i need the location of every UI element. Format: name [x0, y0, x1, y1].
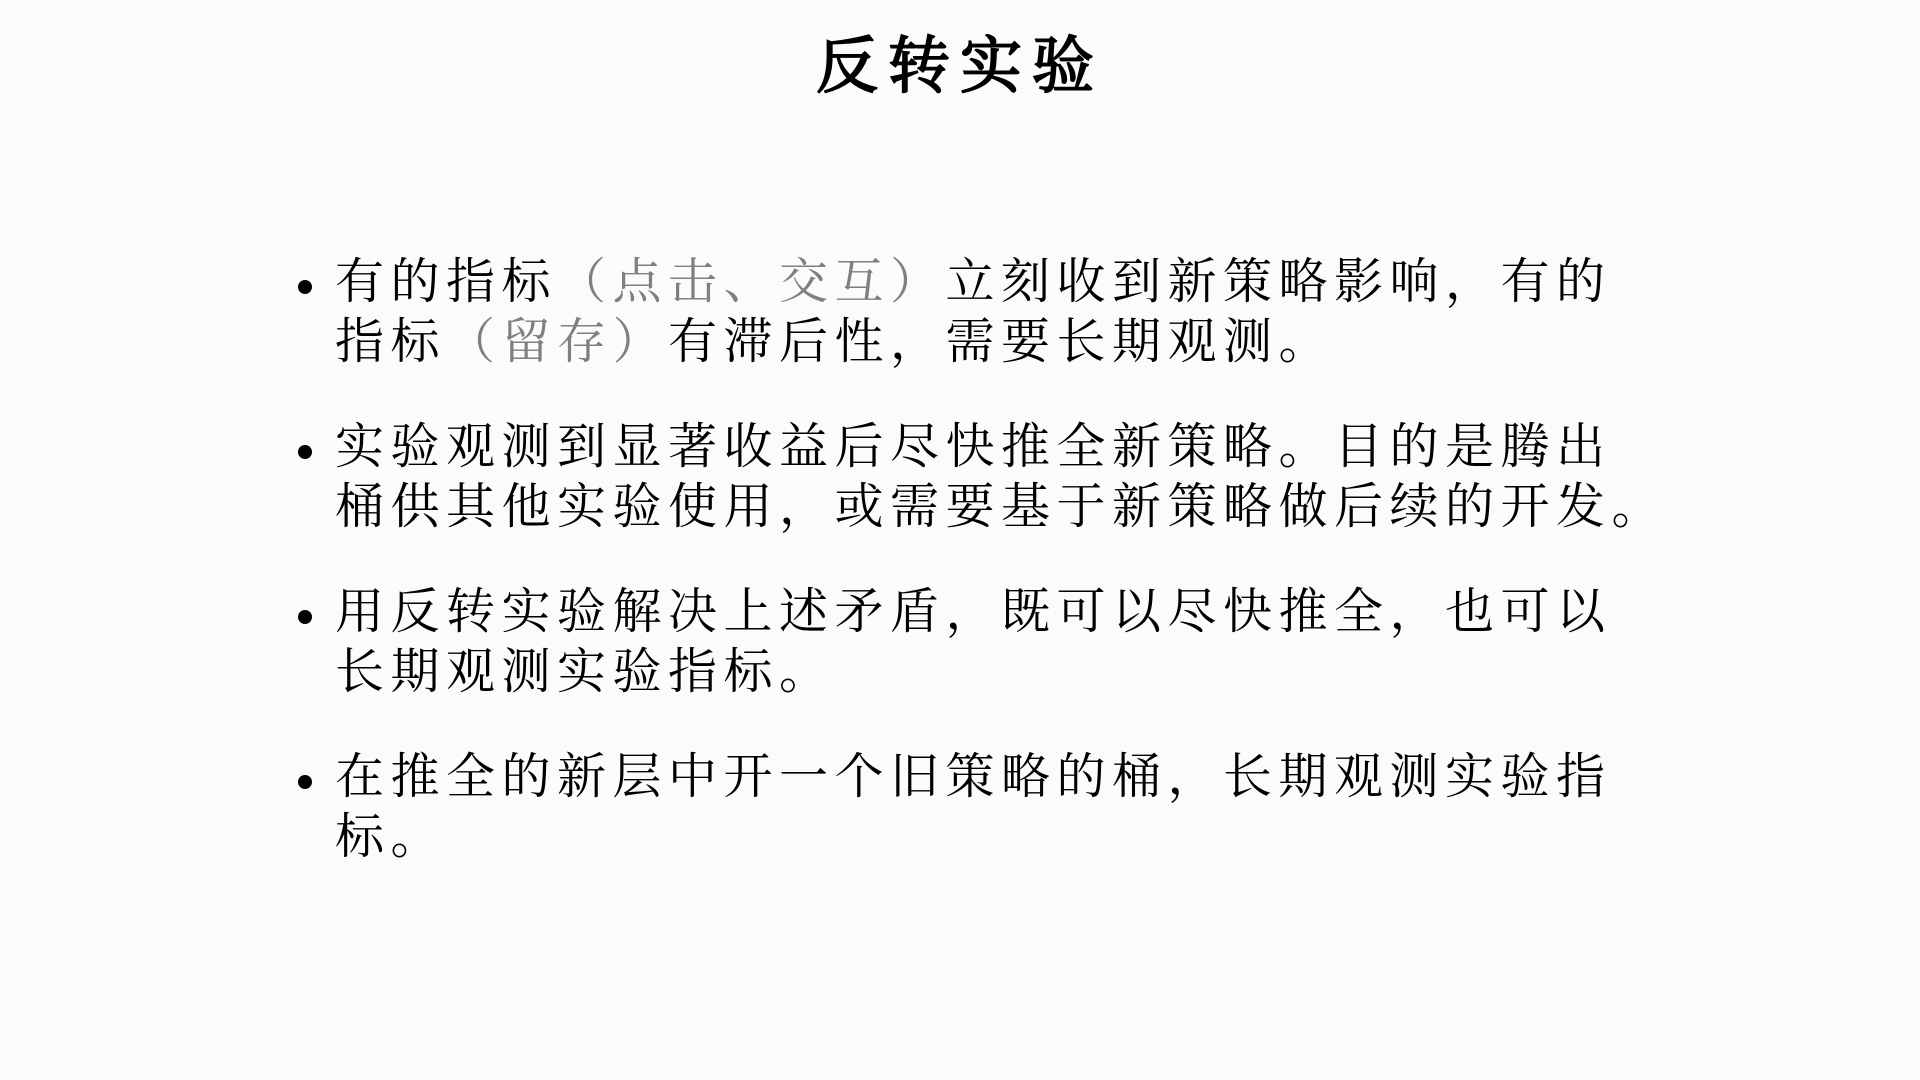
- bullet-line: 标。: [335, 807, 1712, 867]
- bullet-line: 用反转实验解决上述矛盾，既可以尽快推全，也可以: [335, 582, 1712, 642]
- bullet-line: 实验观测到显著收益后尽快推全新策略。目的是腾出: [335, 417, 1712, 477]
- bullet-line: 在推全的新层中开一个旧策略的桶，长期观测实验指: [335, 747, 1712, 807]
- bullet-item: 实验观测到显著收益后尽快推全新策略。目的是腾出 桶供其他实验使用，或需要基于新策…: [292, 417, 1712, 537]
- bullet-item: 有的指标（点击、交互）立刻收到新策略影响，有的 指标（留存）有滞后性，需要长期观…: [292, 252, 1712, 372]
- text-segment: 指标: [335, 313, 446, 370]
- bullet-item: 在推全的新层中开一个旧策略的桶，长期观测实验指 标。: [292, 747, 1712, 867]
- bullet-dot-icon: [298, 280, 312, 294]
- slide: 反转实验 有的指标（点击、交互）立刻收到新策略影响，有的 指标（留存）有滞后性，…: [0, 0, 1920, 1080]
- bullet-line: 有的指标（点击、交互）立刻收到新策略影响，有的: [335, 252, 1712, 312]
- text-segment: 有的指标: [335, 253, 557, 310]
- bullet-line: 桶供其他实验使用，或需要基于新策略做后续的开发。: [335, 477, 1712, 537]
- text-segment: 立刻收到新策略影响，有的: [946, 253, 1612, 310]
- bullet-line: 长期观测实验指标。: [335, 642, 1712, 702]
- bullet-dot-icon: [298, 445, 312, 459]
- text-segment: 有滞后性，需要长期观测。: [668, 313, 1334, 370]
- slide-title: 反转实验: [0, 28, 1920, 104]
- bullet-dot-icon: [298, 775, 312, 789]
- muted-text-segment: （留存）: [446, 313, 668, 370]
- bullet-line: 指标（留存）有滞后性，需要长期观测。: [335, 312, 1712, 372]
- bullet-list: 有的指标（点击、交互）立刻收到新策略影响，有的 指标（留存）有滞后性，需要长期观…: [292, 252, 1712, 912]
- muted-text-segment: （点击、交互）: [557, 253, 946, 310]
- bullet-item: 用反转实验解决上述矛盾，既可以尽快推全，也可以 长期观测实验指标。: [292, 582, 1712, 702]
- bullet-dot-icon: [298, 610, 312, 624]
